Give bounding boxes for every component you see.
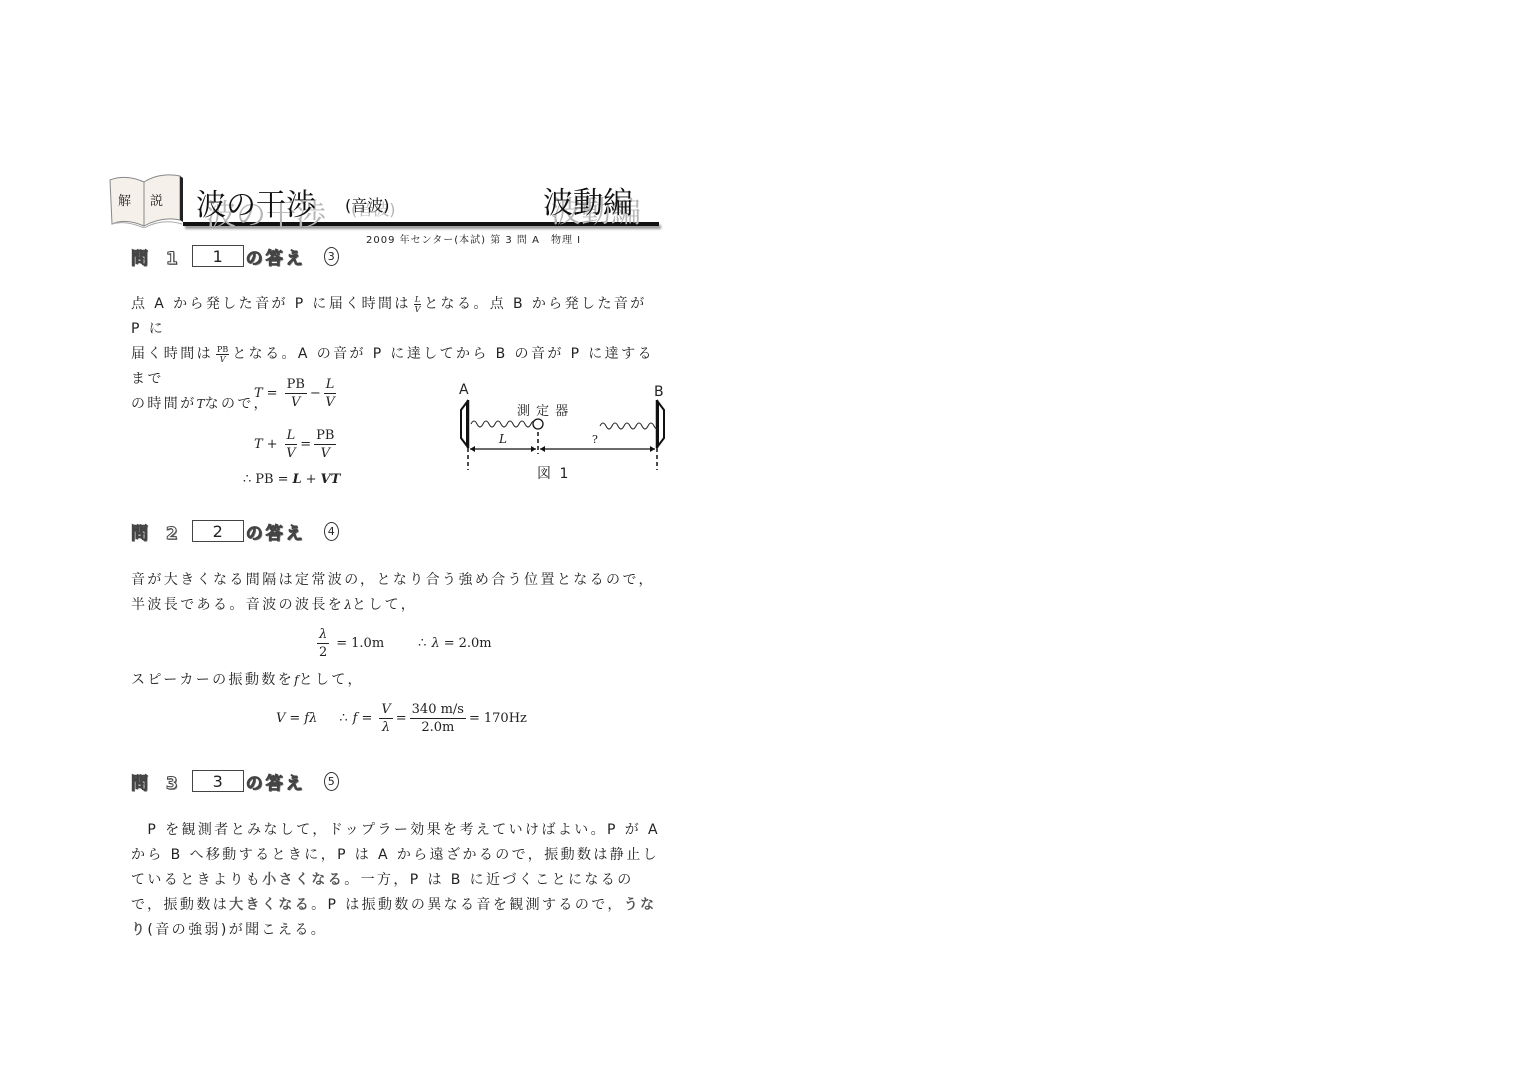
text: の時間が: [131, 396, 197, 412]
text: 届く時間は: [131, 346, 213, 362]
equation-frequency: V=fλ ∴ f= Vλ = 340 m/s2.0m =170Hz: [276, 701, 527, 736]
fraction-pb-over-v: PBV: [216, 345, 229, 364]
text: 。P は振動数の異なる音を観測するので，: [311, 897, 624, 913]
badge-left: 解: [118, 190, 131, 209]
equation-3: ∴ PB= L+VT: [243, 472, 340, 487]
answer-suffix: の答え: [246, 519, 306, 544]
equation-wavelength: λ2 =1.0m ∴ λ=2.0m: [314, 626, 492, 661]
text: 音が大きくなる間隔は定常波の，となり合う強め合う位置となるので，: [131, 568, 661, 593]
distance-l-label: L: [499, 432, 507, 446]
unit-title: 波動編: [543, 178, 633, 222]
question-2-header: 問 2 2 の答え 4: [131, 519, 339, 543]
equation-2: T+ LV = PBV: [254, 427, 339, 462]
text: スピーカーの振動数を: [131, 672, 294, 688]
question-1-header: 問 1 1 の答え 3: [131, 244, 339, 268]
emphasis-decrease: 小さくなる: [262, 872, 344, 888]
answer-suffix: の答え: [246, 769, 306, 794]
question-label: 問 2: [131, 519, 184, 544]
question-label: 問 1: [131, 244, 184, 269]
answer-suffix: の答え: [246, 244, 306, 269]
answer-box: 3: [192, 770, 244, 792]
detector-label: 測 定 器: [517, 400, 569, 419]
equation-1: T= PBV − LV: [254, 376, 339, 411]
answer-circle: 5: [324, 772, 339, 791]
figure-1-diagram: A B 測 定 器 L ? 図 1: [455, 380, 670, 485]
book-icon: 解 説: [108, 170, 184, 228]
text: 半波長である。音波の波長を: [131, 597, 344, 613]
source-citation: 2009 年センター(本試) 第 3 問 A 物理 I: [366, 231, 581, 246]
text: (音の強弱)が聞こえる。: [147, 922, 327, 938]
label-b: B: [654, 384, 664, 400]
question-2-explanation-2: スピーカーの振動数をfとして，: [131, 668, 661, 693]
answer-circle: 4: [324, 522, 339, 541]
answer-box: 1: [192, 245, 244, 267]
text: として，: [352, 597, 417, 613]
answer-circle: 3: [324, 247, 339, 266]
question-3-header: 問 3 3 の答え 5: [131, 769, 339, 793]
page-title: 波の干渉: [196, 180, 316, 224]
text: として，: [299, 672, 364, 688]
text: 点 A から発した音が P に届く時間は: [131, 296, 411, 312]
question-3-explanation: P を観測者とみなして，ドップラー効果を考えていけばよい。P が A から B …: [131, 818, 661, 943]
emphasis-increase: 大きくなる: [229, 897, 311, 913]
answer-box: 2: [192, 520, 244, 542]
question-label: 問 3: [131, 769, 184, 794]
question-2-explanation: 音が大きくなる間隔は定常波の，となり合う強め合う位置となるので， 半波長である。…: [131, 568, 661, 618]
fraction-l-over-v: LV: [414, 295, 421, 314]
figure-caption: 図 1: [537, 463, 570, 483]
variable-lambda: λ: [344, 598, 352, 612]
badge-right: 説: [150, 190, 163, 209]
distance-unknown-label: ?: [592, 433, 598, 446]
label-a: A: [459, 382, 469, 398]
page-subtitle: (音波): [345, 193, 390, 216]
variable-t: T: [197, 397, 205, 411]
